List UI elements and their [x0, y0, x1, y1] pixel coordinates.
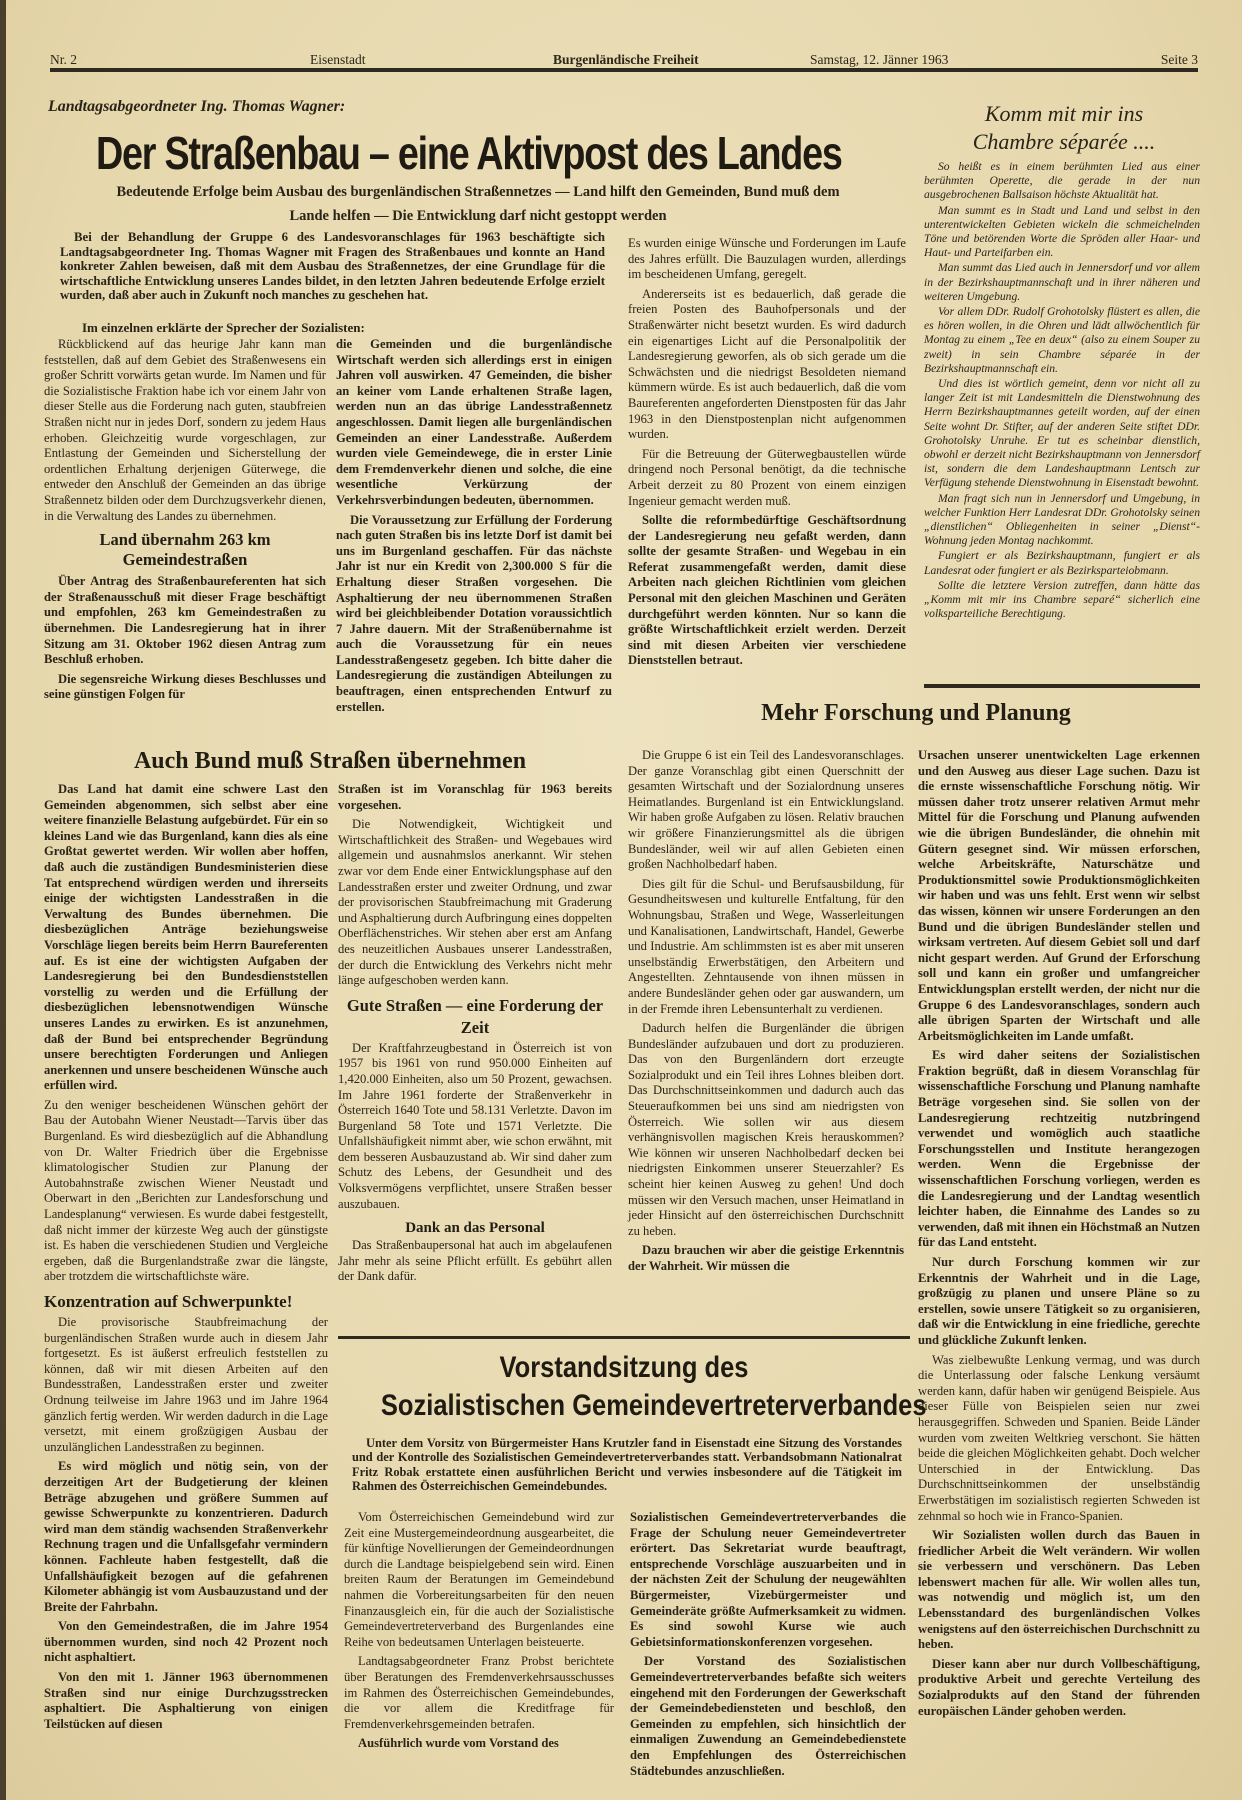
city: Eisenstadt [310, 52, 366, 68]
main-col-1: Rückblickend auf das heurige Jahr kann m… [44, 337, 326, 707]
issue-number: Nr. 2 [50, 52, 77, 68]
intro-line: Im einzelnen erklärte der Sprecher der S… [82, 320, 365, 336]
heading-land-uebernahm: Land übernahm 263 km Gemeindestraßen [44, 530, 326, 570]
bund-col-2: Straßen ist im Voranschlag für 1963 bere… [338, 782, 612, 1289]
subhead-line-2: Lande helfen — Die Entwicklung darf nich… [40, 204, 916, 228]
main-col-2: die Gemeinden und die burgenländische Wi… [336, 337, 612, 719]
heading-dank: Dank an das Personal [338, 1218, 612, 1238]
bund-col-1: Das Land hat damit eine schwere Last den… [44, 782, 328, 1736]
heading-vorstand-line-1: Vorstandsitzung des [381, 1350, 867, 1386]
masthead-rule [50, 68, 1198, 72]
forschung-col-2: Ursachen unserer unentwickelten Lage erk… [918, 748, 1200, 1723]
main-col-3: Es wurden einige Wünsche und Forderungen… [628, 236, 906, 673]
issue-date: Samstag, 12. Jänner 1963 [810, 52, 948, 68]
heading-gute-strassen: Gute Straßen — eine Forderung der Zeit [338, 995, 612, 1039]
sidebar-rule [924, 684, 1200, 688]
heading-konzentration: Konzentration auf Schwerpunkte! [44, 1291, 328, 1313]
article-headline: Der Straßenbau – eine Aktivpost des Land… [96, 126, 842, 180]
article-lead: Bei der Behandlung der Gruppe 6 des Land… [60, 230, 605, 307]
newspaper-page: Nr. 2 Eisenstadt Burgenländische Freihei… [0, 0, 1242, 1800]
masthead: Nr. 2 Eisenstadt Burgenländische Freihei… [50, 48, 1198, 70]
vorstand-rule [338, 1336, 910, 1339]
vorstand-col-2: Sozialistischen Gemeindevertreterverband… [630, 1510, 906, 1783]
article-kicker: Landtagsabgeordneter Ing. Thomas Wagner: [48, 98, 345, 116]
heading-forschung: Mehr Forschung und Planung [624, 700, 1208, 727]
sidebar-column: So heißt es in einem berühmten Lied aus … [924, 160, 1200, 623]
vorstand-col-1: Vom Österreichischen Gemeindebund wird z… [344, 1510, 614, 1756]
paper-name: Burgenländische Freiheit [553, 52, 699, 68]
article-subhead: Bedeutende Erfolge beim Ausbau des burge… [40, 180, 916, 228]
page-number: Seite 3 [1161, 52, 1198, 68]
sidebar-heading: Komm mit mir ins Chambre séparée .... [920, 100, 1208, 156]
heading-auch-bund: Auch Bund muß Straßen übernehmen [40, 748, 620, 775]
page-edge [0, 0, 6, 1800]
forschung-col-1: Die Gruppe 6 ist ein Teil des Landesvora… [628, 748, 904, 1279]
heading-vorstand-line-2: Sozialistischen Gemeindevertreterverband… [381, 1388, 867, 1424]
subhead-line-1: Bedeutende Erfolge beim Ausbau des burge… [40, 180, 916, 204]
vorstand-lead: Unter dem Vorsitz von Bürgermeister Hans… [352, 1436, 902, 1497]
